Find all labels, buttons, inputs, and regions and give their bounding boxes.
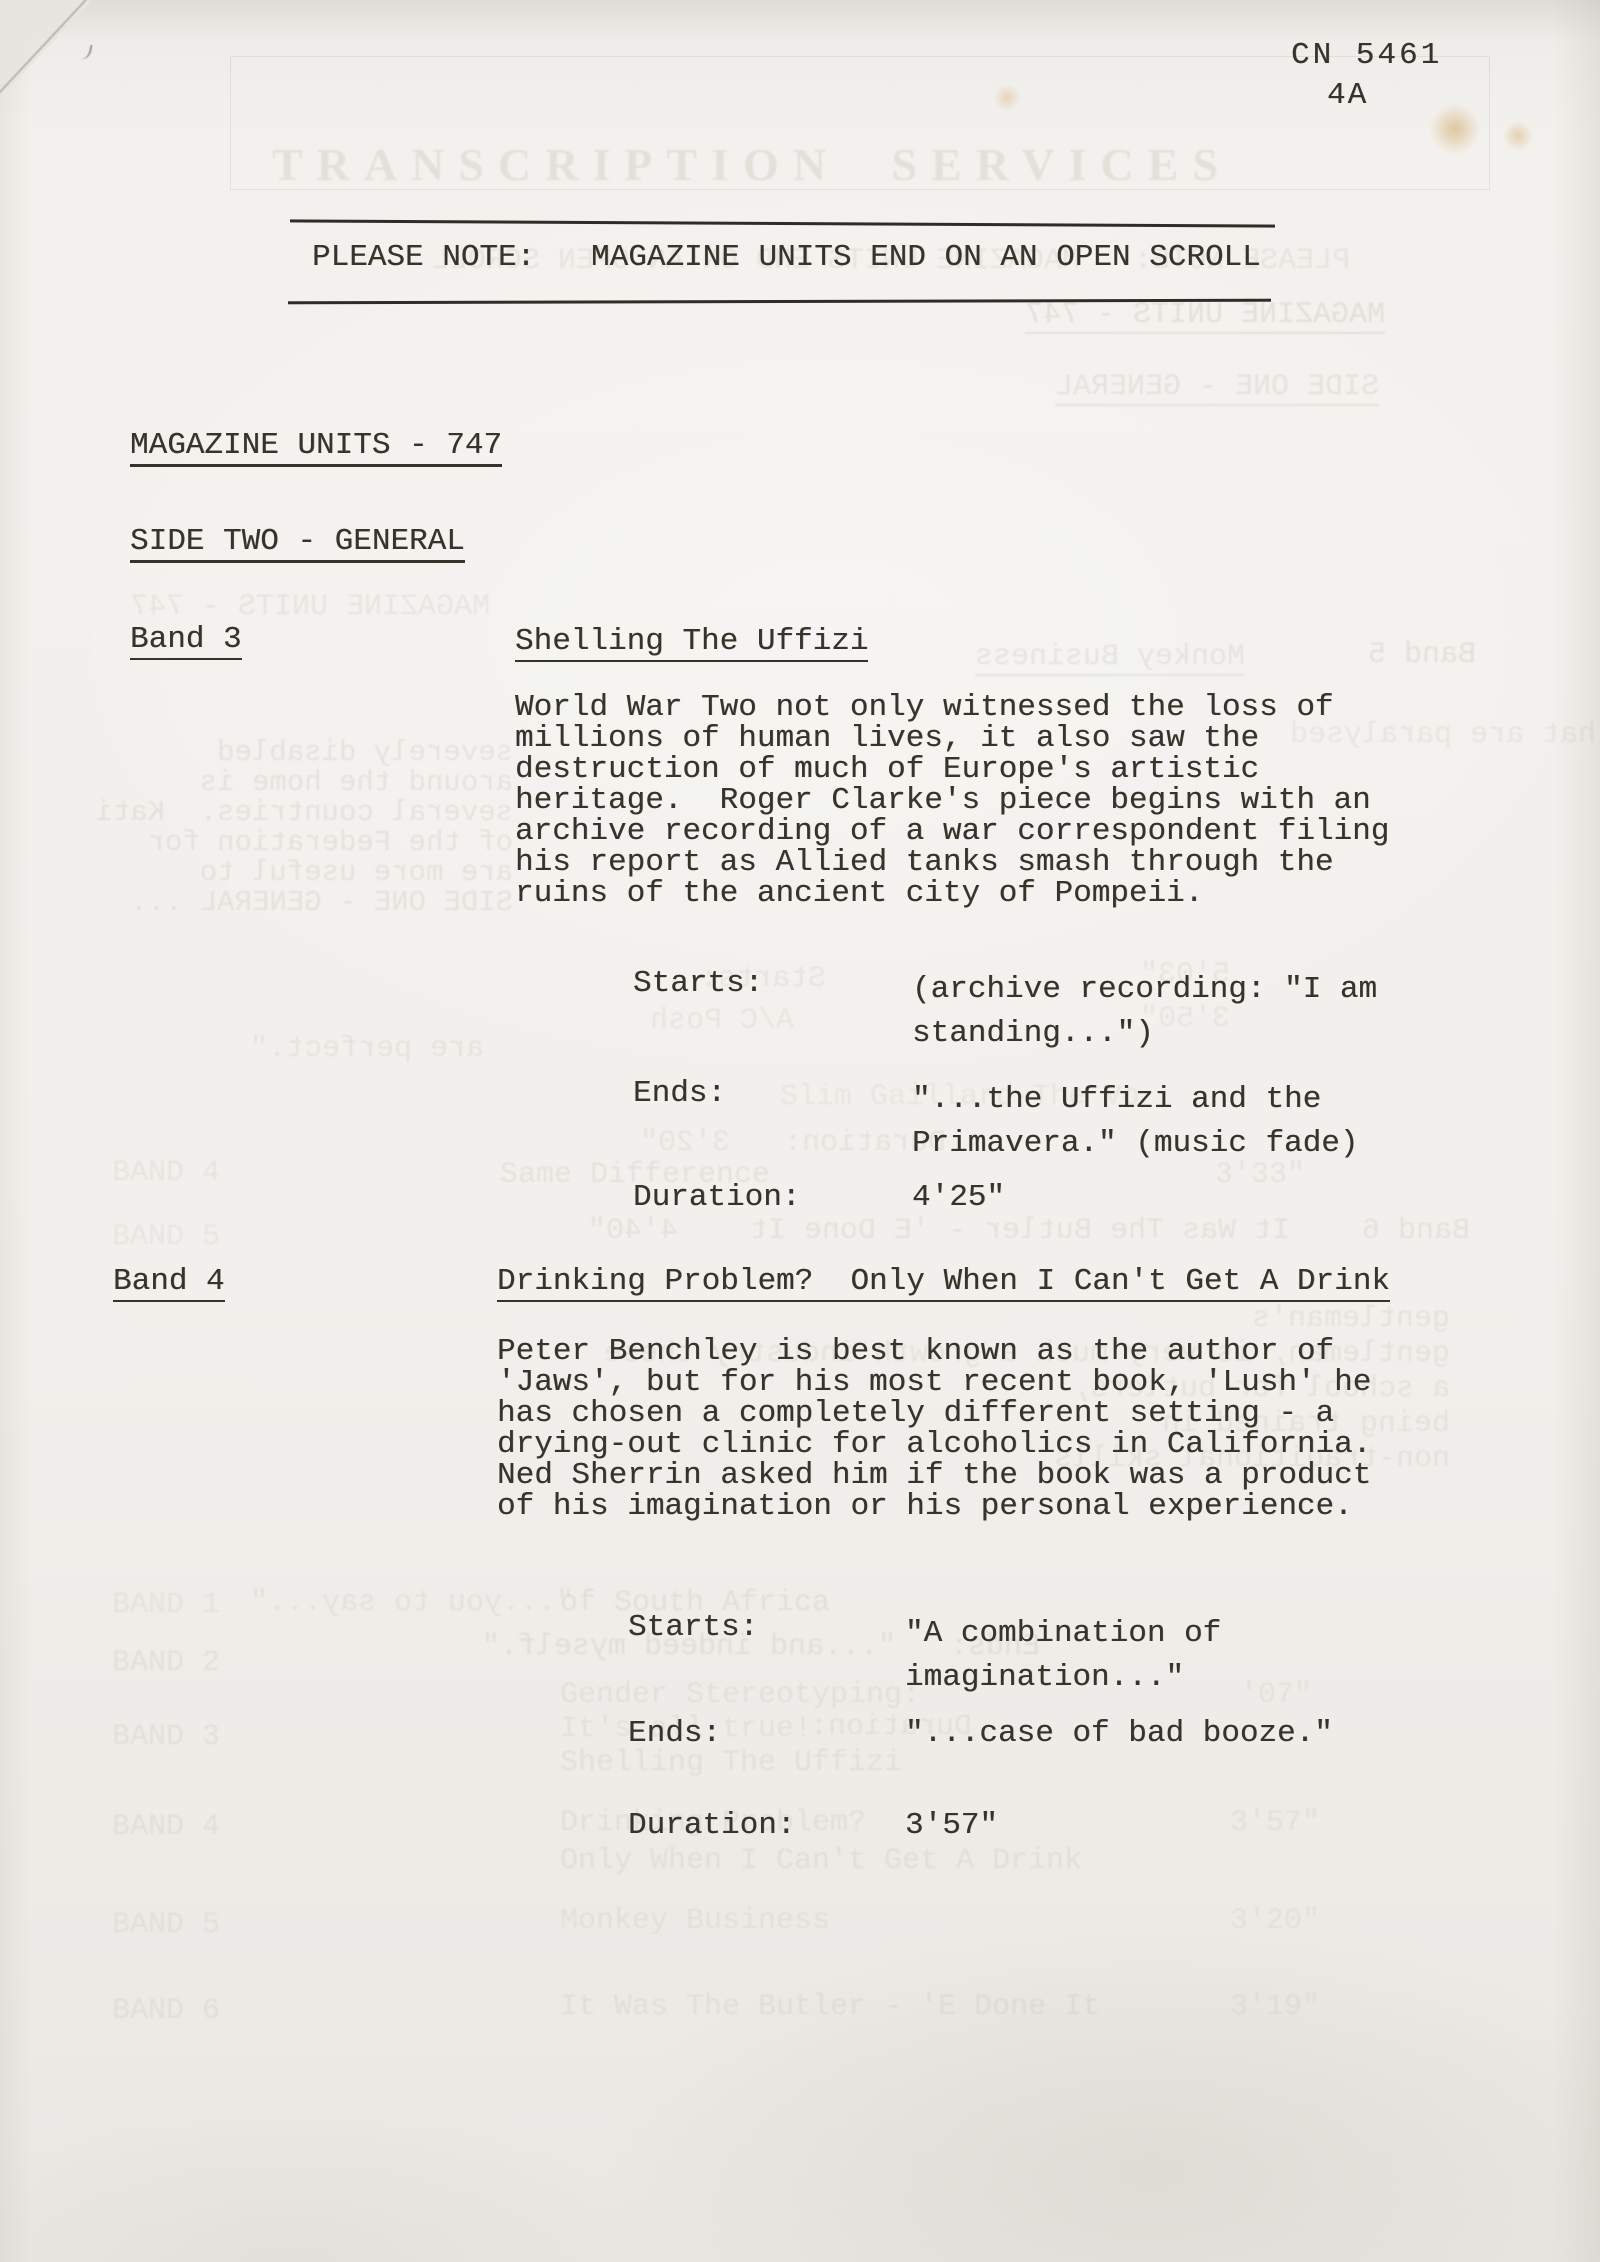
- ghost-text: BAND 4: [112, 1812, 220, 1842]
- reference-number: CN 5461: [1291, 40, 1442, 71]
- ghost-text: Only When I Can't Get A Drink: [560, 1846, 1082, 1876]
- ghost-text: BAND 1: [112, 1590, 220, 1620]
- ghost-text: Duration: 3'20": [640, 1128, 946, 1158]
- ghost-text: Gender Stereotyping:: [560, 1680, 920, 1710]
- band3-title: Shelling The Uffizi: [515, 626, 868, 662]
- band3-duration-value: 4'25": [912, 1182, 1005, 1213]
- notice-rule-top: [290, 219, 1275, 227]
- letterhead-ghost-text: TRANSCRIPTION SERVICES: [272, 138, 1232, 191]
- page-code: 4A: [1327, 80, 1368, 111]
- band3-starts-value: (archive recording: "I am standing..."): [912, 968, 1377, 1056]
- ghost-text: Monkey Business: [560, 1906, 830, 1936]
- band4-ends-value: "...case of bad booze.": [905, 1718, 1333, 1749]
- side-heading: SIDE TWO - GENERAL: [130, 526, 465, 563]
- notice-text: PLEASE NOTE: MAGAZINE UNITS END ON AN OP…: [312, 242, 1261, 273]
- band4-starts-value: "A combination of imagination...": [905, 1612, 1221, 1700]
- ghost-text: 3'19": [1230, 1992, 1320, 2022]
- ghost-text: Monkey Business: [975, 642, 1245, 676]
- band4-ends-label: Ends:: [628, 1718, 721, 1749]
- page-corner-fold: [0, 0, 92, 98]
- band4-title: Drinking Problem? Only When I Can't Get …: [497, 1266, 1390, 1302]
- band3-ends-label: Ends:: [633, 1078, 726, 1109]
- ghost-text: BAND 5: [112, 1222, 220, 1252]
- ghost-text: BAND 5: [112, 1910, 220, 1940]
- ghost-text: 3'57": [1230, 1808, 1320, 1838]
- band3-label: Band 3: [130, 624, 242, 660]
- ghost-text: BAND 4: [112, 1158, 220, 1188]
- ghost-text: severely disabled around the home is sev…: [118, 738, 513, 918]
- ghost-text: BAND 6: [112, 1996, 220, 2026]
- paper-stain: [1503, 120, 1533, 152]
- ghost-text: "...you to say...": [250, 1588, 574, 1618]
- ghost-text: It Was The Butler - 'E Done It: [560, 1992, 1100, 2022]
- document-title: MAGAZINE UNITS - 747: [130, 430, 502, 467]
- band4-starts-label: Starts:: [628, 1612, 758, 1643]
- ghost-text: BAND 2: [112, 1648, 220, 1678]
- band3-ends-value: "...the Uffizi and the Primavera." (musi…: [912, 1078, 1358, 1166]
- scanned-document-page: TRANSCRIPTION SERVICES PLEASE NOTE: MAGA…: [0, 0, 1600, 2262]
- band4-description: Peter Benchley is best known as the auth…: [497, 1336, 1371, 1522]
- band4-duration-value: 3'57": [905, 1810, 998, 1841]
- band3-duration-label: Duration:: [633, 1182, 800, 1213]
- ghost-text: Shelling The Uffizi: [560, 1748, 902, 1778]
- band3-starts-label: Starts:: [633, 968, 763, 999]
- ghost-text: Band 5: [1368, 640, 1476, 670]
- band4-duration-label: Duration:: [628, 1810, 795, 1841]
- band4-label: Band 4: [113, 1266, 225, 1302]
- band3-description: World War Two not only witnessed the los…: [515, 692, 1389, 909]
- ghost-text: Band 6 It Was The Butler - 'E Done It 4'…: [430, 1216, 1470, 1246]
- ghost-text: BAND 3: [112, 1722, 220, 1752]
- ghost-text: A/C Posh: [650, 1006, 794, 1036]
- ghost-text: 3'20": [1230, 1906, 1320, 1936]
- ghost-text: MAGAZINE UNITS - 747: [1025, 300, 1385, 334]
- ghost-text: SIDE ONE - GENERAL: [1055, 372, 1379, 406]
- ghost-text: are perfect.": [250, 1034, 484, 1064]
- ghost-text: MAGAZINE UNITS - 747: [130, 592, 490, 622]
- ghost-text: '07": [1240, 1680, 1312, 1710]
